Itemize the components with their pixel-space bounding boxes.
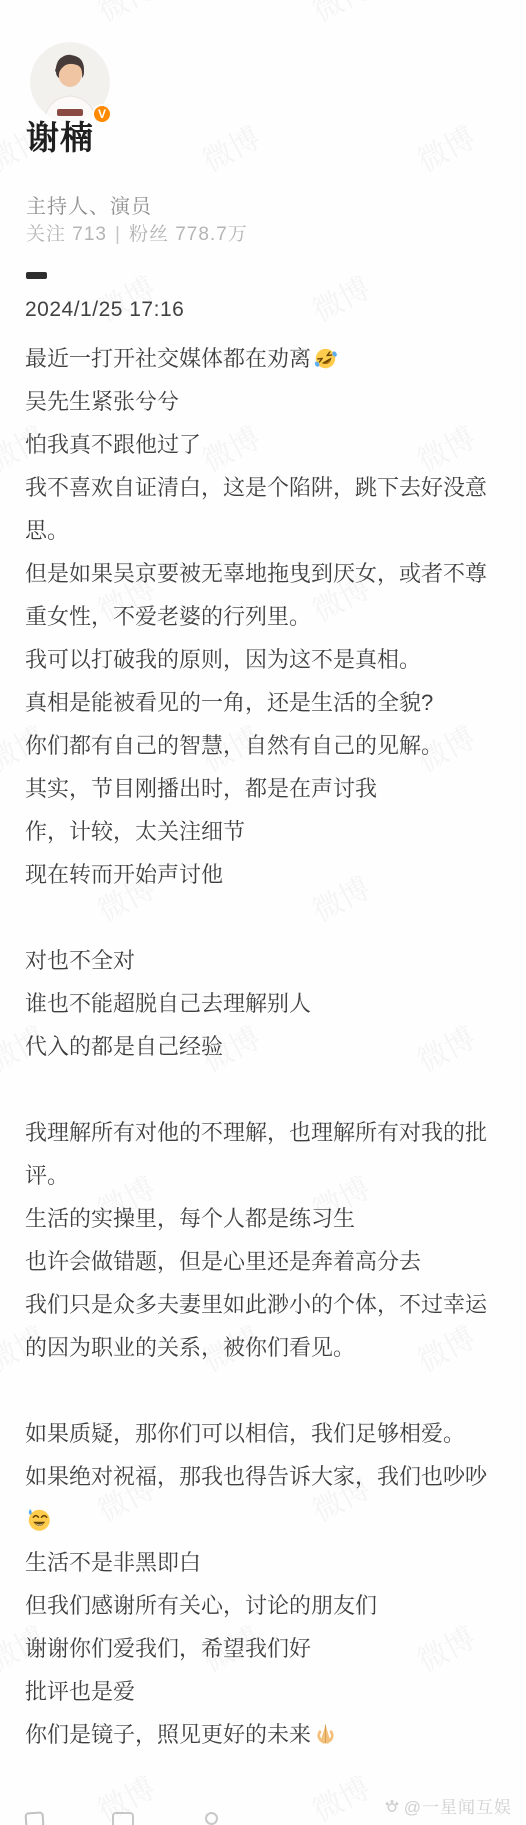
post-paragraph: 我不喜欢自证清白，这是个陷阱，跳下去好没意思。 [25, 466, 501, 552]
post-paragraph: 我理解所有对他的不理解，也理解所有对我的批评。 [25, 1111, 501, 1197]
folded-hands-emoji [313, 1722, 338, 1747]
post-body: 最近一打开社交媒体都在劝离吴先生紧张兮兮怕我真不跟他过了我不喜欢自证清白，这是个… [0, 337, 526, 1756]
post-paragraph: 你们都有自己的智慧，自然有自己的见解。 [25, 724, 501, 767]
post-paragraph: 最近一打开社交媒体都在劝离 [25, 337, 501, 380]
post-paragraph: 其实，节目刚播出时，都是在声讨我 [25, 767, 501, 810]
post-paragraph: 怕我真不跟他过了 [25, 423, 501, 466]
action-bar-cropped [0, 1812, 526, 1825]
paragraph-gap [25, 1369, 501, 1412]
post-paragraph: 作，计较，太关注细节 [25, 810, 501, 853]
post-paragraph: 生活不是非黑即白 [25, 1541, 501, 1584]
avatar[interactable]: V [30, 42, 110, 122]
post-paragraph: 我可以打破我的原则，因为这不是真相。 [25, 638, 501, 681]
profile-stats: 关注 713|粉丝 778.7万 [26, 219, 248, 246]
site-watermark: 微博 [518, 0, 526, 31]
site-watermark: 微博 [303, 0, 377, 31]
collapsed-text-dash [26, 272, 47, 279]
post-paragraph: 批评也是爱 [25, 1670, 501, 1713]
rofl-emoji [313, 346, 338, 371]
post-paragraph: 吴先生紧张兮兮 [25, 380, 501, 423]
site-watermark: 微博 [408, 113, 482, 180]
comment-icon[interactable] [112, 1812, 134, 1825]
verified-badge-icon: V [92, 104, 112, 124]
post-paragraph: 我们只是众多夫妻里如此渺小的个体，不过幸运的因为职业的关系，被你们看见。 [25, 1283, 501, 1369]
post-paragraph: 但我们感谢所有关心，讨论的朋友们 [25, 1584, 501, 1627]
followers-stat[interactable]: 粉丝 778.7万 [129, 224, 248, 245]
profile-description: 主持人、演员 [26, 190, 152, 219]
post-paragraph: 但是如果吴京要被无辜地拖曳到厌女，或者不尊重女性，不爱老婆的行列里。 [25, 552, 501, 638]
following-stat[interactable]: 关注 713 [26, 224, 107, 245]
weibo-post-page: 微博微博微博微博微博微博微博微博微博微博微博微博微博微博微博微博微博微博微博微博… [0, 0, 526, 1825]
post-paragraph: 你们是镜子，照见更好的未来 [25, 1713, 501, 1756]
paragraph-gap [25, 896, 501, 939]
site-watermark: 微博 [193, 113, 267, 180]
post-paragraph: 谢谢你们爱我们，希望我们好 [25, 1627, 501, 1670]
post-paragraph: 现在转而开始声讨他 [25, 853, 501, 896]
site-watermark: 微博 [518, 263, 526, 330]
post-paragraph [25, 1498, 501, 1541]
site-watermark: 微博 [303, 263, 377, 330]
post-paragraph: 代入的都是自己经验 [25, 1025, 501, 1068]
post-timestamp: 2024/1/25 17:16 [25, 298, 184, 322]
profile-name[interactable]: 谢楠 [26, 112, 94, 159]
paragraph-gap [25, 1068, 501, 1111]
stats-separator: | [115, 224, 121, 245]
post-paragraph: 如果绝对祝福，那我也得告诉大家，我们也吵吵 [25, 1455, 501, 1498]
post-paragraph: 也许会做错题，但是心里还是奔着高分去 [25, 1240, 501, 1283]
sweat-smile-emoji [25, 1506, 52, 1533]
post-paragraph: 谁也不能超脱自己去理解别人 [25, 982, 501, 1025]
site-watermark: 微博 [88, 0, 162, 31]
post-paragraph: 真相是能被看见的一角，还是生活的全貌? [25, 681, 501, 724]
post-paragraph: 如果质疑，那你们可以相信，我们足够相爱。 [25, 1412, 501, 1455]
like-icon[interactable] [205, 1812, 218, 1825]
post-paragraph: 生活的实操里，每个人都是练习生 [25, 1197, 501, 1240]
repost-icon[interactable] [24, 1811, 44, 1825]
post-paragraph: 对也不全对 [25, 939, 501, 982]
